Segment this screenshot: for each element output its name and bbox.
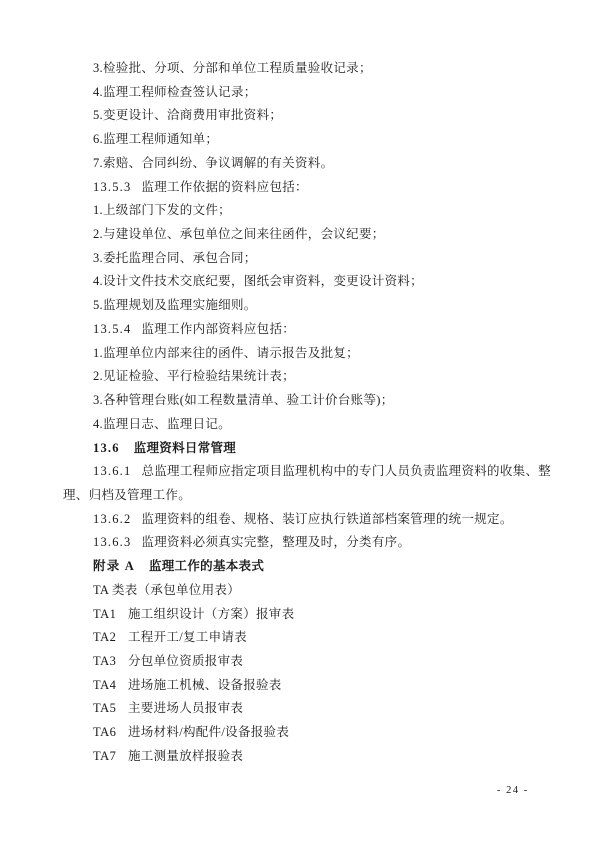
paragraph-text: 3.委托监理合同、承包合同； xyxy=(93,251,257,265)
heading-title: 监理资料日常管理 xyxy=(134,441,236,455)
doc-line: 2.见证检验、平行检验结果统计表； xyxy=(63,365,539,389)
section-text: 监理资料必须真实完整，整理及时，分类有序。 xyxy=(141,535,410,549)
doc-line: 理、归档及管理工作。 xyxy=(63,484,539,508)
doc-line: TA7施工测量放样报验表 xyxy=(63,745,539,769)
doc-line: 附录 A监理工作的基本表式 xyxy=(63,555,539,579)
form-title: 工程开工/复工申请表 xyxy=(128,630,247,644)
doc-line: 13.5.3监理工作依据的资料应包括： xyxy=(63,176,539,200)
doc-line: 4.设计文件技术交底纪要，图纸会审资料，变更设计资料； xyxy=(63,270,539,294)
section-number: 13.6.1 xyxy=(93,464,131,478)
doc-line: TA1施工组织设计（方案）报审表 xyxy=(63,603,539,627)
doc-line: 3.检验批、分项、分部和单位工程质量验收记录； xyxy=(63,57,539,81)
doc-line: 7.索赔、合同纠纷、争议调解的有关资料。 xyxy=(63,152,539,176)
doc-line: 13.6.3监理资料必须真实完整，整理及时，分类有序。 xyxy=(63,531,539,555)
paragraph-text: 5.变更设计、洽商费用审批资料； xyxy=(93,108,282,122)
section-number: 13.6.3 xyxy=(93,535,131,549)
document-page: 3.检验批、分项、分部和单位工程质量验收记录；4.监理工程师检查签认记录；5.变… xyxy=(0,0,600,848)
doc-line: 13.6.1总监理工程师应指定项目监理机构中的专门人员负责监理资料的收集、整 xyxy=(63,460,539,484)
paragraph-text: 1.上级部门下发的文件； xyxy=(93,203,231,217)
doc-line: 4.监理工程师检查签认记录； xyxy=(63,81,539,105)
doc-line: TA4进场施工机械、设备报验表 xyxy=(63,674,539,698)
section-text: 监理工作内部资料应包括： xyxy=(141,322,295,336)
doc-line: 2.与建设单位、承包单位之间来往函件，会议纪要； xyxy=(63,223,539,247)
section-text: 监理工作依据的资料应包括： xyxy=(141,180,307,194)
section-number: 13.6.2 xyxy=(93,512,131,526)
form-code: TA5 xyxy=(93,697,128,721)
doc-line: TA 类表（承包单位用表） xyxy=(63,579,539,603)
form-title: 施工测量放样报验表 xyxy=(128,749,243,763)
form-title: 进场施工机械、设备报验表 xyxy=(128,678,282,692)
doc-line: 4.监理日志、监理日记。 xyxy=(63,413,539,437)
section-number: 13.5.4 xyxy=(93,322,131,336)
section-text: 监理资料的组卷、规格、装订应执行铁道部档案管理的统一规定。 xyxy=(141,512,512,526)
form-code: TA3 xyxy=(93,650,128,674)
doc-line: 1.监理单位内部来往的函件、请示报告及批复； xyxy=(63,342,539,366)
paragraph-text: 2.见证检验、平行检验结果统计表； xyxy=(93,369,295,383)
paragraph-text: 5.监理规划及监理实施细则。 xyxy=(93,298,257,312)
paragraph-text: TA 类表（承包单位用表） xyxy=(93,583,240,597)
page-number: - 24 - xyxy=(497,784,529,798)
doc-line: 13.5.4监理工作内部资料应包括： xyxy=(63,318,539,342)
doc-line: 5.监理规划及监理实施细则。 xyxy=(63,294,539,318)
doc-line: 6.监理工程师通知单； xyxy=(63,128,539,152)
doc-line: 13.6监理资料日常管理 xyxy=(63,437,539,461)
doc-line: TA5主要进场人员报审表 xyxy=(63,697,539,721)
doc-line: TA3分包单位资质报审表 xyxy=(63,650,539,674)
paragraph-text: 2.与建设单位、承包单位之间来往函件，会议纪要； xyxy=(93,227,385,241)
paragraph-text: 理、归档及管理工作。 xyxy=(63,488,191,502)
form-code: TA7 xyxy=(93,745,128,769)
paragraph-text: 7.索赔、合同纠纷、争议调解的有关资料。 xyxy=(93,156,333,170)
paragraph-text: 4.监理日志、监理日记。 xyxy=(93,417,231,431)
doc-line: 1.上级部门下发的文件； xyxy=(63,199,539,223)
paragraph-text: 4.设计文件技术交底纪要，图纸会审资料，变更设计资料； xyxy=(93,274,423,288)
form-title: 主要进场人员报审表 xyxy=(128,701,243,715)
paragraph-text: 3.检验批、分项、分部和单位工程质量验收记录； xyxy=(93,61,372,75)
form-code: TA1 xyxy=(93,603,128,627)
heading-number: 13.6 xyxy=(93,441,120,455)
form-title: 施工组织设计（方案）报审表 xyxy=(128,607,294,621)
section-text: 总监理工程师应指定项目监理机构中的专门人员负责监理资料的收集、整 xyxy=(141,464,551,478)
heading-number: 附录 A xyxy=(93,559,135,573)
section-number: 13.5.3 xyxy=(93,180,131,194)
doc-line: TA2工程开工/复工申请表 xyxy=(63,626,539,650)
paragraph-text: 1.监理单位内部来往的函件、请示报告及批复； xyxy=(93,346,359,360)
doc-line: 5.变更设计、洽商费用审批资料； xyxy=(63,104,539,128)
heading-title: 监理工作的基本表式 xyxy=(149,559,264,573)
paragraph-text: 3.各种管理台账(如工程数量清单、验工计价台账等)； xyxy=(93,393,394,407)
doc-line: 3.各种管理台账(如工程数量清单、验工计价台账等)； xyxy=(63,389,539,413)
form-title: 进场材料/构配件/设备报验表 xyxy=(128,725,289,739)
doc-line: 13.6.2监理资料的组卷、规格、装订应执行铁道部档案管理的统一规定。 xyxy=(63,508,539,532)
form-code: TA4 xyxy=(93,674,128,698)
doc-line: 3.委托监理合同、承包合同； xyxy=(63,247,539,271)
form-code: TA2 xyxy=(93,626,128,650)
paragraph-text: 4.监理工程师检查签认记录； xyxy=(93,85,257,99)
document-body: 3.检验批、分项、分部和单位工程质量验收记录；4.监理工程师检查签认记录；5.变… xyxy=(63,57,539,769)
form-title: 分包单位资质报审表 xyxy=(128,654,243,668)
paragraph-text: 6.监理工程师通知单； xyxy=(93,132,218,146)
form-code: TA6 xyxy=(93,721,128,745)
doc-line: TA6进场材料/构配件/设备报验表 xyxy=(63,721,539,745)
